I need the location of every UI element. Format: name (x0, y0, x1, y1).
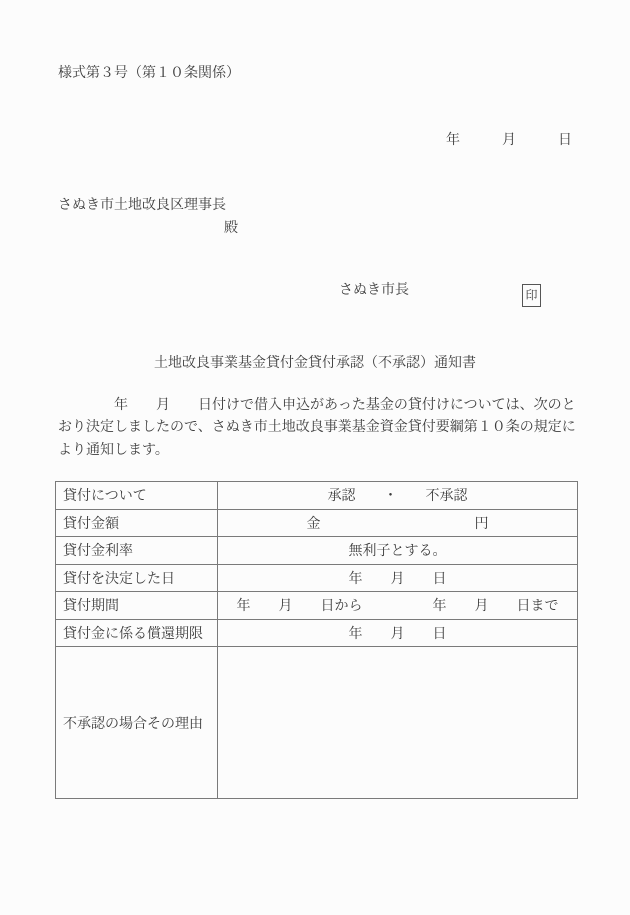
addressee-honorific: 殿 (224, 221, 238, 238)
table-row: 貸付について 承認 ・ 不承認 (56, 482, 578, 510)
table-row: 貸付金額 金 円 (56, 509, 578, 537)
table-row: 貸付期間 年 月 日から 年 月 日まで (56, 592, 578, 620)
body-paragraph: 年 月 日付けで借入申込があった基金の貸付けについては、次のと おり決定しました… (58, 395, 586, 462)
row-label: 貸付期間 (56, 592, 218, 620)
date-line: 年 月 日 (446, 133, 572, 150)
table-row: 貸付金に係る償還期限 年 月 日 (56, 619, 578, 647)
paragraph-line: より通知します。 (58, 440, 586, 462)
paragraph-line: 年 月 日付けで借入申込があった基金の貸付けについては、次のと (58, 395, 586, 417)
document-page: 様式第３号（第１０条関係） 年 月 日 さぬき市土地改良区理事長 殿 さぬき市長… (0, 0, 630, 915)
loan-notice-table: 貸付について 承認 ・ 不承認 貸付金額 金 円 貸付金利率 無利子とする。 貸… (55, 481, 578, 799)
row-label: 貸付金額 (56, 509, 218, 537)
row-value: 年 月 日から 年 月 日まで (218, 592, 578, 620)
seal-icon: 印 (522, 284, 541, 307)
table-row: 不承認の場合その理由 (56, 647, 578, 799)
row-value: 年 月 日 (218, 619, 578, 647)
row-label: 貸付金に係る償還期限 (56, 619, 218, 647)
row-label: 貸付について (56, 482, 218, 510)
table-row: 貸付を決定した日 年 月 日 (56, 564, 578, 592)
table-row: 貸付金利率 無利子とする。 (56, 537, 578, 565)
paragraph-line: おり決定しましたので、さぬき市土地改良事業基金資金貸付要綱第１０条の規定に (58, 417, 586, 439)
row-label: 貸付金利率 (56, 537, 218, 565)
document-title: 土地改良事業基金貸付金貸付承認（不承認）通知書 (0, 352, 630, 372)
row-value: 無利子とする。 (218, 537, 578, 565)
sender-name: さぬき市長 (339, 283, 409, 300)
row-value: 金 円 (218, 509, 578, 537)
row-label: 貸付を決定した日 (56, 564, 218, 592)
row-value: 承認 ・ 不承認 (218, 482, 578, 510)
row-value: 年 月 日 (218, 564, 578, 592)
addressee-name: さぬき市土地改良区理事長 (58, 198, 226, 215)
row-value (218, 647, 578, 799)
row-label: 不承認の場合その理由 (56, 647, 218, 799)
form-number: 様式第３号（第１０条関係） (58, 66, 240, 83)
